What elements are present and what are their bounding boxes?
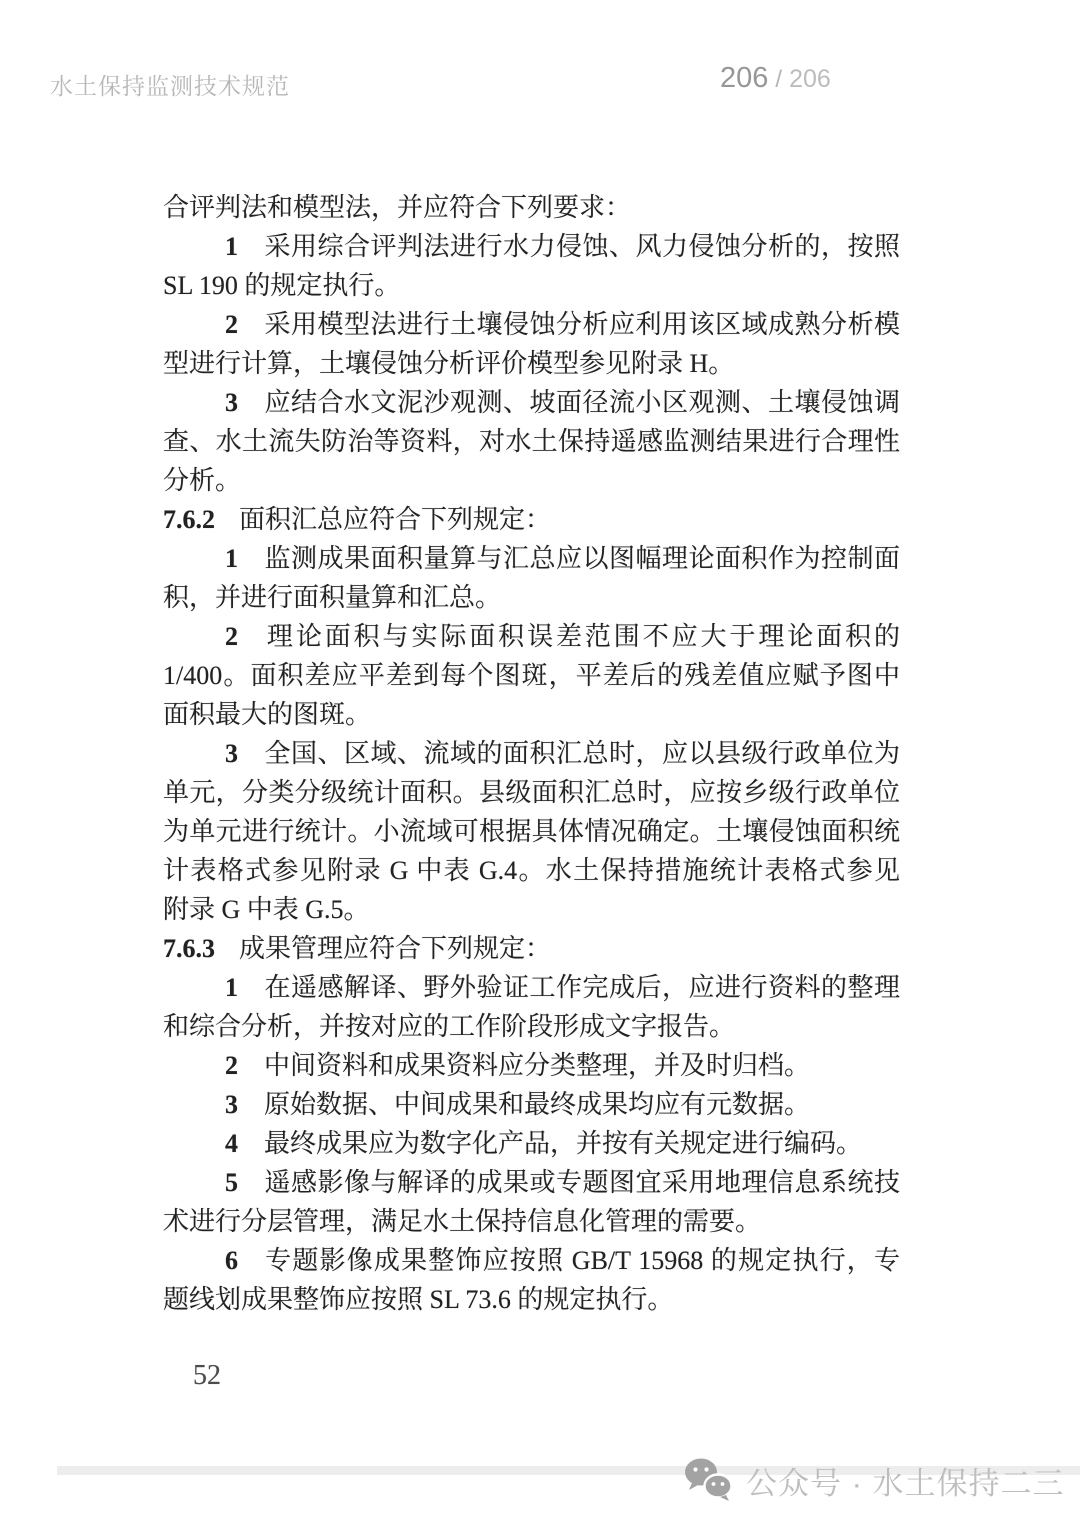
line-text: 全国、区域、流域的面积汇总时，应以县级行政单位为	[264, 739, 900, 768]
page-separator: /	[775, 66, 782, 94]
page-body-text: 合评判法和模型法，并应符合下列要求：1采用综合评判法进行水力侵蚀、风力侵蚀分析的…	[163, 188, 900, 1319]
text-line: 6专题影像成果整饰应按照 GB/T 15968 的规定执行，专	[163, 1241, 900, 1280]
line-text: 成果管理应符合下列规定：	[239, 934, 551, 963]
line-text: 积，并进行面积量算和汇总。	[163, 583, 501, 612]
line-text: 监测成果面积量算与汇总应以图幅理论面积作为控制面	[264, 544, 900, 573]
clause-heading-line: 7.6.3成果管理应符合下列规定：	[163, 929, 900, 968]
text-line: 和综合分析，并按对应的工作阶段形成文字报告。	[163, 1007, 900, 1046]
text-line: 附录 G 中表 G.5。	[163, 890, 900, 929]
clause-number: 7.6.2	[163, 505, 215, 534]
text-line: 2采用模型法进行土壤侵蚀分析应利用该区域成熟分析模	[163, 305, 900, 344]
text-line: 查、水土流失防治等资料，对水土保持遥感监测结果进行合理性	[163, 422, 900, 461]
item-number: 6	[225, 1246, 238, 1275]
line-text: 采用综合评判法进行水力侵蚀、风力侵蚀分析的，按照	[264, 232, 900, 261]
line-text: 专题影像成果整饰应按照 GB/T 15968 的规定执行，专	[264, 1246, 900, 1275]
text-line: 1/400。面积差应平差到每个图斑，平差后的残差值应赋予图中	[163, 656, 900, 695]
total-page-number: 206	[789, 65, 831, 94]
text-line: 3应结合水文泥沙观测、坡面径流小区观测、土壤侵蚀调	[163, 383, 900, 422]
text-line: 单元，分类分级统计面积。县级面积汇总时，应按乡级行政单位	[163, 773, 900, 812]
clause-number: 7.6.3	[163, 934, 215, 963]
text-line: 积，并进行面积量算和汇总。	[163, 578, 900, 617]
item-number: 5	[225, 1168, 238, 1197]
text-line: 2中间资料和成果资料应分类整理，并及时归档。	[163, 1046, 900, 1085]
item-number: 3	[225, 739, 238, 768]
page-indicator[interactable]: 206 / 206	[720, 62, 831, 95]
text-line: 题线划成果整饰应按照 SL 73.6 的规定执行。	[163, 1280, 900, 1319]
line-text: 面积最大的图斑。	[163, 700, 371, 729]
text-line: 5遥感影像与解译的成果或专题图宜采用地理信息系统技	[163, 1163, 900, 1202]
line-text: 应结合水文泥沙观测、坡面径流小区观测、土壤侵蚀调	[264, 388, 900, 417]
text-line: 分析。	[163, 461, 900, 500]
line-text: 分析。	[163, 466, 241, 495]
clause-heading-line: 7.6.2面积汇总应符合下列规定：	[163, 500, 900, 539]
line-text: 术进行分层管理，满足水土保持信息化管理的需要。	[163, 1207, 761, 1236]
line-text: 采用模型法进行土壤侵蚀分析应利用该区域成熟分析模	[264, 310, 900, 339]
current-page-number: 206	[720, 62, 768, 95]
item-number: 2	[225, 622, 238, 651]
text-line: 1在遥感解译、野外验证工作完成后，应进行资料的整理	[163, 968, 900, 1007]
line-text: 中间资料和成果资料应分类整理，并及时归档。	[264, 1051, 810, 1080]
line-text: 原始数据、中间成果和最终成果均应有元数据。	[264, 1090, 810, 1119]
line-text: SL 190 的规定执行。	[163, 271, 400, 300]
text-line: SL 190 的规定执行。	[163, 266, 900, 305]
text-line: 2理论面积与实际面积误差范围不应大于理论面积的	[163, 617, 900, 656]
text-line: 术进行分层管理，满足水土保持信息化管理的需要。	[163, 1202, 900, 1241]
text-line: 合评判法和模型法，并应符合下列要求：	[163, 188, 900, 227]
wechat-watermark: 公众号 · 水土保持二三	[684, 1456, 1065, 1504]
text-line: 1采用综合评判法进行水力侵蚀、风力侵蚀分析的，按照	[163, 227, 900, 266]
watermark-text: 公众号 · 水土保持二三	[746, 1458, 1065, 1503]
line-text: 单元，分类分级统计面积。县级面积汇总时，应按乡级行政单位	[163, 778, 900, 807]
text-line: 1监测成果面积量算与汇总应以图幅理论面积作为控制面	[163, 539, 900, 578]
item-number: 2	[225, 310, 238, 339]
line-text: 为单元进行统计。小流域可根据具体情况确定。土壤侵蚀面积统	[163, 817, 900, 846]
line-text: 1/400。面积差应平差到每个图斑，平差后的残差值应赋予图中	[163, 661, 900, 690]
line-text: 在遥感解译、野外验证工作完成后，应进行资料的整理	[264, 973, 900, 1002]
item-number: 1	[225, 973, 238, 1002]
line-text: 型进行计算，土壤侵蚀分析评价模型参见附录 H。	[163, 349, 734, 378]
item-number: 3	[225, 388, 238, 417]
line-text: 题线划成果整饰应按照 SL 73.6 的规定执行。	[163, 1285, 673, 1314]
line-text: 计表格式参见附录 G 中表 G.4。水土保持措施统计表格式参见	[163, 856, 900, 885]
text-line: 4最终成果应为数字化产品，并按有关规定进行编码。	[163, 1124, 900, 1163]
item-number: 3	[225, 1090, 238, 1119]
item-number: 4	[225, 1129, 238, 1158]
item-number: 2	[225, 1051, 238, 1080]
text-line: 3全国、区域、流域的面积汇总时，应以县级行政单位为	[163, 734, 900, 773]
page-folio-number: 52	[193, 1360, 221, 1392]
item-number: 1	[225, 544, 238, 573]
text-line: 型进行计算，土壤侵蚀分析评价模型参见附录 H。	[163, 344, 900, 383]
reader-screen: 水土保持监测技术规范 206 / 206 合评判法和模型法，并应符合下列要求：1…	[0, 0, 1080, 1527]
line-text: 附录 G 中表 G.5。	[163, 895, 370, 924]
text-line: 为单元进行统计。小流域可根据具体情况确定。土壤侵蚀面积统	[163, 812, 900, 851]
line-text: 合评判法和模型法，并应符合下列要求：	[163, 193, 631, 222]
text-line: 3原始数据、中间成果和最终成果均应有元数据。	[163, 1085, 900, 1124]
line-text: 面积汇总应符合下列规定：	[239, 505, 551, 534]
wechat-icon	[684, 1457, 734, 1503]
document-title: 水土保持监测技术规范	[50, 68, 290, 101]
item-number: 1	[225, 232, 238, 261]
text-line: 面积最大的图斑。	[163, 695, 900, 734]
line-text: 最终成果应为数字化产品，并按有关规定进行编码。	[264, 1129, 862, 1158]
text-line: 计表格式参见附录 G 中表 G.4。水土保持措施统计表格式参见	[163, 851, 900, 890]
line-text: 遥感影像与解译的成果或专题图宜采用地理信息系统技	[264, 1168, 900, 1197]
line-text: 和综合分析，并按对应的工作阶段形成文字报告。	[163, 1012, 735, 1041]
line-text: 理论面积与实际面积误差范围不应大于理论面积的	[264, 622, 900, 651]
line-text: 查、水土流失防治等资料，对水土保持遥感监测结果进行合理性	[163, 427, 900, 456]
